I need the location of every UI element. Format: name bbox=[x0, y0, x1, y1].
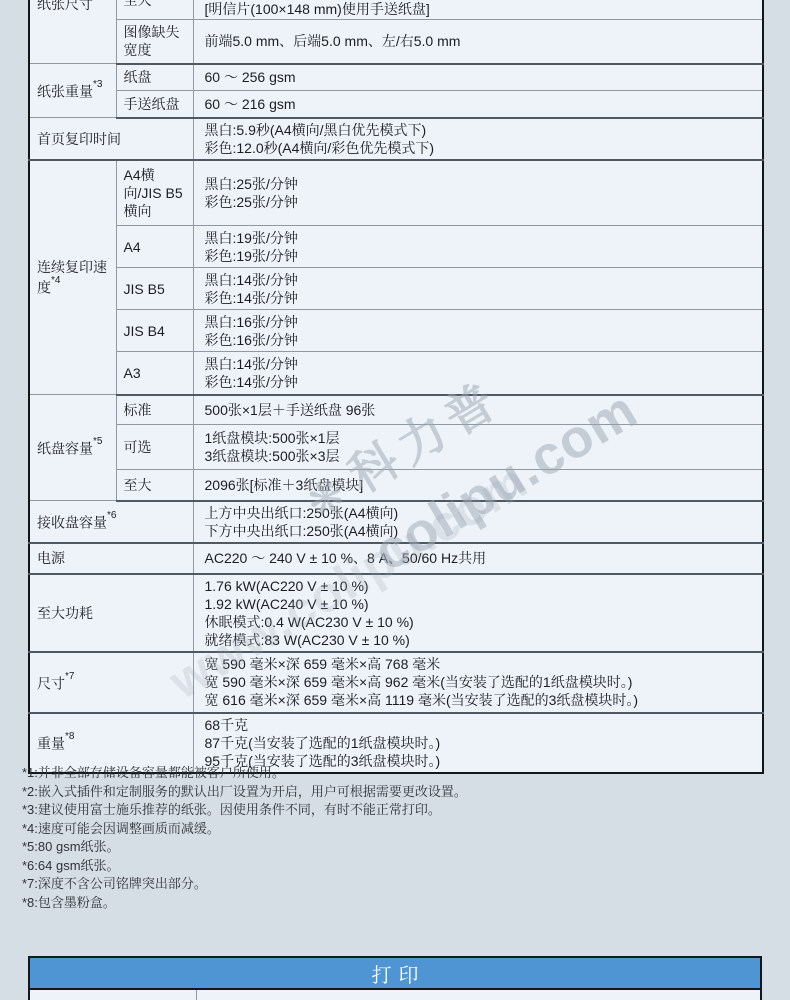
sublabel-capacity-standard-text: 标准 bbox=[124, 402, 152, 418]
value-speed-a4l-bw: 黑白:25张/分钟 bbox=[205, 175, 758, 193]
footnote-4: *4:速度可能会因调整画质而减缓。 bbox=[22, 820, 767, 839]
value-output-lower: 下方中央出纸口:250张(A4横向) bbox=[205, 522, 758, 540]
value-speed-a4-landscape: 黑白:25张/分钟 彩色:25张/分钟 bbox=[193, 160, 763, 226]
value-bypass-weight: 60 ～ 216 gsm bbox=[193, 91, 763, 118]
label-copy-speed: 连续复印速度*4 bbox=[29, 160, 116, 395]
value-speed-a3-bw: 黑白:14张/分钟 bbox=[205, 355, 758, 373]
value-speed-a3: 黑白:14张/分钟 彩色:14张/分钟 bbox=[193, 352, 763, 395]
label-paper-size: 纸张尺寸 bbox=[29, 0, 116, 64]
value-bypass-weight-text: 60 ～ 216 gsm bbox=[205, 96, 296, 112]
value-paper-size: [明信片(100×148 mm)使用手送纸盘] bbox=[193, 0, 763, 20]
row-capacity-optional: 可选 1纸盘模块:500张×1层 3纸盘模块:500张×3层 bbox=[29, 425, 763, 470]
label-paper-weight: 纸张重量*3 bbox=[29, 64, 116, 118]
value-speed-b4-color: 彩色:16张/分钟 bbox=[205, 331, 758, 349]
value-max-power-220: 1.76 kW(AC220 V ± 10 %) bbox=[205, 577, 758, 595]
value-image-loss: 前端5.0 mm、后端5.0 mm、左/右5.0 mm bbox=[193, 20, 763, 64]
value-dimensions-1tray: 宽 590 毫米×深 659 毫米×高 962 毫米(当安装了选配的1纸盘模块时… bbox=[205, 673, 758, 691]
label-max-power: 至大功耗 bbox=[29, 574, 193, 652]
sublabel-speed-a4-landscape-text: A4横向/JIS B5横向 bbox=[124, 167, 183, 219]
label-paper-weight-text: 纸张重量 bbox=[37, 84, 93, 100]
row-power-supply: 电源 AC220 ～ 240 V ± 10 %、8 A、50/60 Hz共用 bbox=[29, 543, 763, 574]
value-paper-size-text: [明信片(100×148 mm)使用手送纸盘] bbox=[205, 1, 758, 17]
value-tray-weight-text: 60 ～ 256 gsm bbox=[205, 69, 296, 85]
print-section-title: 打印 bbox=[365, 959, 426, 988]
sublabel-speed-jis-b4: JIS B4 bbox=[116, 310, 193, 352]
label-power-supply-text: 电源 bbox=[37, 550, 65, 566]
sublabel-capacity-standard: 标准 bbox=[116, 395, 193, 425]
sublabel-speed-jis-b5-text: JIS B5 bbox=[124, 281, 165, 297]
value-speed-jis-b4: 黑白:16张/分钟 彩色:16张/分钟 bbox=[193, 310, 763, 352]
label-dimensions-sup: *7 bbox=[65, 671, 74, 682]
sublabel-tray-text: 纸盘 bbox=[124, 69, 152, 85]
label-paper-size-text: 纸张尺寸 bbox=[37, 0, 113, 13]
print-table-column-divider bbox=[196, 990, 197, 1000]
value-weight-base: 68千克 bbox=[205, 716, 758, 734]
value-speed-a4-color: 彩色:19张/分钟 bbox=[205, 247, 758, 265]
value-capacity-1tray: 1纸盘模块:500张×1层 bbox=[205, 429, 758, 447]
row-paper-weight-tray: 纸张重量*3 纸盘 60 ～ 256 gsm bbox=[29, 64, 763, 91]
footnotes: *1:并非全部存储设备容量都能被客户所使用。 *2:嵌入式插件和定制服务的默认出… bbox=[22, 764, 767, 912]
sublabel-speed-a3-text: A3 bbox=[124, 365, 141, 381]
footnote-7: *7:深度不含公司铭牌突出部分。 bbox=[22, 875, 767, 894]
value-first-copy-color: 彩色:12.0秒(A4横向/彩色优先模式下) bbox=[205, 139, 758, 157]
label-tray-capacity: 纸盘容量*5 bbox=[29, 395, 116, 501]
footnote-2: *2:嵌入式插件和定制服务的默认出厂设置为开启，用户可根据需要更改设置。 bbox=[22, 783, 767, 802]
label-first-copy-time-text: 首页复印时间 bbox=[37, 131, 121, 147]
value-speed-b5-color: 彩色:14张/分钟 bbox=[205, 289, 758, 307]
row-output-capacity: 接收盘容量*6 上方中央出纸口:250张(A4横向) 下方中央出纸口:250张(… bbox=[29, 501, 763, 543]
label-tray-capacity-sup: *5 bbox=[93, 436, 102, 447]
label-weight-sup: *8 bbox=[65, 731, 74, 742]
product-spec-page: { "colors": { "page_bg": "#d6dee5", "cel… bbox=[0, 0, 790, 1000]
label-paper-weight-sup: *3 bbox=[93, 79, 102, 90]
label-max-power-text: 至大功耗 bbox=[37, 605, 93, 621]
value-speed-a4: 黑白:19张/分钟 彩色:19张/分钟 bbox=[193, 226, 763, 268]
value-tray-weight: 60 ～ 256 gsm bbox=[193, 64, 763, 91]
row-image-loss: 图像缺失宽度 前端5.0 mm、后端5.0 mm、左/右5.0 mm bbox=[29, 20, 763, 64]
value-first-copy-bw: 黑白:5.9秒(A4横向/黑白优先模式下) bbox=[205, 121, 758, 139]
value-speed-a3-color: 彩色:14张/分钟 bbox=[205, 373, 758, 391]
sublabel-capacity-max-text: 至大 bbox=[124, 477, 152, 493]
sublabel-tray: 纸盘 bbox=[116, 64, 193, 91]
value-capacity-3tray: 3纸盘模块:500张×3层 bbox=[205, 447, 758, 465]
row-speed-jis-b4: JIS B4 黑白:16张/分钟 彩色:16张/分钟 bbox=[29, 310, 763, 352]
value-capacity-max: 2096张[标准＋3纸盘模块] bbox=[193, 470, 763, 501]
sublabel-image-loss-text: 图像缺失宽度 bbox=[124, 24, 180, 58]
row-speed-a4: A4 黑白:19张/分钟 彩色:19张/分钟 bbox=[29, 226, 763, 268]
label-weight-text: 重量 bbox=[37, 736, 65, 752]
footnote-3: *3:建议使用富士施乐推荐的纸张。因使用条件不同，有时不能正常打印。 bbox=[22, 801, 767, 820]
sublabel-bypass-tray: 手送纸盘 bbox=[116, 91, 193, 118]
label-tray-capacity-text: 纸盘容量 bbox=[37, 441, 93, 457]
value-weight-1tray: 87千克(当安装了选配的1纸盘模块时。) bbox=[205, 734, 758, 752]
value-max-power: 1.76 kW(AC220 V ± 10 %) 1.92 kW(AC240 V … bbox=[193, 574, 763, 652]
footnote-5: *5:80 gsm纸张。 bbox=[22, 838, 767, 857]
value-capacity-standard-text: 500张×1层＋手送纸盘 96张 bbox=[205, 401, 758, 419]
label-output-capacity-sup: *6 bbox=[107, 510, 116, 521]
value-dimensions: 宽 590 毫米×深 659 毫米×高 768 毫米 宽 590 毫米×深 65… bbox=[193, 652, 763, 713]
value-capacity-standard: 500张×1层＋手送纸盘 96张 bbox=[193, 395, 763, 425]
row-paper-weight-bypass: 手送纸盘 60 ～ 216 gsm bbox=[29, 91, 763, 118]
value-power-supply: AC220 ～ 240 V ± 10 %、8 A、50/60 Hz共用 bbox=[193, 543, 763, 574]
value-speed-b4-bw: 黑白:16张/分钟 bbox=[205, 313, 758, 331]
row-max-power: 至大功耗 1.76 kW(AC220 V ± 10 %) 1.92 kW(AC2… bbox=[29, 574, 763, 652]
sublabel-capacity-max: 至大 bbox=[116, 470, 193, 501]
sublabel-speed-jis-b5: JIS B5 bbox=[116, 268, 193, 310]
value-speed-a4-bw: 黑白:19张/分钟 bbox=[205, 229, 758, 247]
sublabel-speed-a4: A4 bbox=[116, 226, 193, 268]
label-dimensions-text: 尺寸 bbox=[37, 675, 65, 691]
value-speed-b5-bw: 黑白:14张/分钟 bbox=[205, 271, 758, 289]
value-output-upper: 上方中央出纸口:250张(A4横向) bbox=[205, 504, 758, 522]
label-copy-speed-sup: *4 bbox=[51, 275, 60, 286]
spec-table: 纸张尺寸 至大 [明信片(100×148 mm)使用手送纸盘] 图像缺失宽度 前… bbox=[28, 0, 764, 774]
row-capacity-standard: 纸盘容量*5 标准 500张×1层＋手送纸盘 96张 bbox=[29, 395, 763, 425]
value-max-power-240: 1.92 kW(AC240 V ± 10 %) bbox=[205, 595, 758, 613]
sublabel-paper-size-max: 至大 bbox=[116, 0, 193, 20]
value-capacity-max-text: 2096张[标准＋3纸盘模块] bbox=[205, 476, 758, 494]
print-section-header: 打印 bbox=[28, 956, 762, 990]
label-copy-speed-text: 连续复印速度 bbox=[37, 259, 107, 296]
value-dimensions-3tray: 宽 616 毫米×深 659 毫米×高 1119 毫米(当安装了选配的3纸盘模块… bbox=[205, 691, 758, 709]
row-speed-a3: A3 黑白:14张/分钟 彩色:14张/分钟 bbox=[29, 352, 763, 395]
value-speed-a4l-color: 彩色:25张/分钟 bbox=[205, 193, 758, 211]
footnote-6: *6:64 gsm纸张。 bbox=[22, 857, 767, 876]
value-max-power-ready: 就绪模式:83 W(AC230 V ± 10 %) bbox=[205, 631, 758, 649]
label-dimensions: 尺寸*7 bbox=[29, 652, 193, 713]
sublabel-image-loss: 图像缺失宽度 bbox=[116, 20, 193, 64]
value-first-copy-time: 黑白:5.9秒(A4横向/黑白优先模式下) 彩色:12.0秒(A4横向/彩色优先… bbox=[193, 118, 763, 160]
print-table-partial-row bbox=[28, 990, 762, 1000]
sublabel-capacity-optional-text: 可选 bbox=[124, 439, 152, 455]
row-capacity-max: 至大 2096张[标准＋3纸盘模块] bbox=[29, 470, 763, 501]
footnote-8: *8:包含墨粉盒。 bbox=[22, 894, 767, 913]
row-speed-a4-landscape: 连续复印速度*4 A4横向/JIS B5横向 黑白:25张/分钟 彩色:25张/… bbox=[29, 160, 763, 226]
value-image-loss-text: 前端5.0 mm、后端5.0 mm、左/右5.0 mm bbox=[205, 33, 461, 49]
sublabel-speed-a4-landscape: A4横向/JIS B5横向 bbox=[116, 160, 193, 226]
footnote-1: *1:并非全部存储设备容量都能被客户所使用。 bbox=[22, 764, 767, 783]
value-max-power-sleep: 休眠模式:0.4 W(AC230 V ± 10 %) bbox=[205, 613, 758, 631]
sublabel-capacity-optional: 可选 bbox=[116, 425, 193, 470]
value-power-supply-text: AC220 ～ 240 V ± 10 %、8 A、50/60 Hz共用 bbox=[205, 549, 758, 567]
label-output-capacity: 接收盘容量*6 bbox=[29, 501, 193, 543]
value-output-capacity: 上方中央出纸口:250张(A4横向) 下方中央出纸口:250张(A4横向) bbox=[193, 501, 763, 543]
label-first-copy-time: 首页复印时间 bbox=[29, 118, 193, 160]
sublabel-speed-jis-b4-text: JIS B4 bbox=[124, 323, 165, 339]
row-speed-jis-b5: JIS B5 黑白:14张/分钟 彩色:14张/分钟 bbox=[29, 268, 763, 310]
value-speed-jis-b5: 黑白:14张/分钟 彩色:14张/分钟 bbox=[193, 268, 763, 310]
row-paper-size-cut: 纸张尺寸 至大 [明信片(100×148 mm)使用手送纸盘] bbox=[29, 0, 763, 20]
row-first-copy-time: 首页复印时间 黑白:5.9秒(A4横向/黑白优先模式下) 彩色:12.0秒(A4… bbox=[29, 118, 763, 160]
sublabel-speed-a4-text: A4 bbox=[124, 239, 141, 255]
sublabel-paper-size-max-text: 至大 bbox=[124, 0, 190, 8]
row-dimensions: 尺寸*7 宽 590 毫米×深 659 毫米×高 768 毫米 宽 590 毫米… bbox=[29, 652, 763, 713]
sublabel-bypass-tray-text: 手送纸盘 bbox=[124, 96, 180, 112]
label-output-capacity-text: 接收盘容量 bbox=[37, 515, 107, 531]
value-dimensions-base: 宽 590 毫米×深 659 毫米×高 768 毫米 bbox=[205, 655, 758, 673]
sublabel-speed-a3: A3 bbox=[116, 352, 193, 395]
value-capacity-optional: 1纸盘模块:500张×1层 3纸盘模块:500张×3层 bbox=[193, 425, 763, 470]
label-power-supply: 电源 bbox=[29, 543, 193, 574]
